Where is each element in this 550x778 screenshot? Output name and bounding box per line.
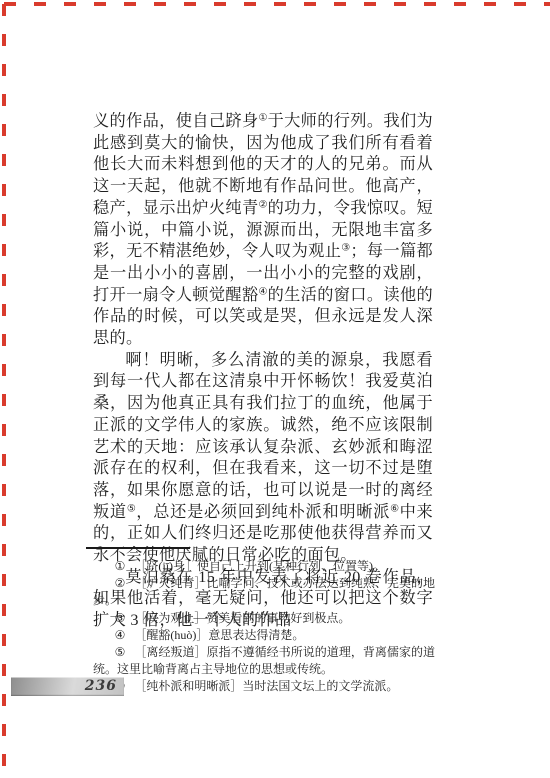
footnote-text: ［醒豁(huò)］意思表达得清楚。 — [134, 628, 304, 642]
footnote-item: ⑥［纯朴派和明晰派］当时法国文坛上的文学流派。 — [93, 678, 435, 695]
footnote-item: ③［叹为观止］赞美看到的事物好到极点。 — [93, 610, 435, 627]
footnote-text: ［跻(jī)身］使自己上升到(某种行列、位置等)。 — [134, 559, 385, 573]
paragraph: 义的作品，使自己跻身①于大师的行列。我们为此感到莫大的愉快，因为他成了我们所有看… — [93, 111, 433, 350]
body-text: 义的作品，使自己跻身①于大师的行列。我们为此感到莫大的愉快，因为他成了我们所有看… — [93, 111, 433, 632]
footnote-marker: ② — [115, 576, 126, 590]
red-dash-marks-left — [2, 4, 6, 778]
footnote-marker: ③ — [115, 611, 126, 625]
page-number-bar: 236 — [11, 677, 124, 696]
footnote-marker: ④ — [115, 628, 126, 642]
textbook-page: 义的作品，使自己跻身①于大师的行列。我们为此感到莫大的愉快，因为他成了我们所有看… — [0, 0, 550, 778]
footnote-ref: ⑤ — [127, 503, 136, 514]
footnote-ref: ③ — [341, 243, 350, 254]
footnote-item: ⑤［离经叛道］原指不遵循经书所说的道理，背离儒家的道统。这里比喻背离占主导地位的… — [93, 644, 435, 678]
footnote-ref: ⑥ — [390, 503, 399, 514]
footnotes: ①［跻(jī)身］使自己上升到(某种行列、位置等)。②［炉火纯青］比喻学问、技术… — [93, 558, 435, 696]
text-run: 啊！明晰，多么清澈的美的源泉，我愿看到每一代人都在这清泉中开怀畅饮！我爱莫泊桑，… — [93, 351, 433, 521]
footnote-item: ②［炉火纯青］比喻学问、技术或办法达到纯熟、完美的地步。 — [93, 575, 435, 609]
footnote-text: ［离经叛道］原指不遵循经书所说的道理，背离儒家的道统。这里比喻背离占主导地位的思… — [93, 645, 435, 676]
text-run: ，总还是必须回到纯朴派和明晰派 — [136, 503, 390, 521]
footnote-ref: ② — [259, 199, 268, 210]
footnote-item: ④［醒豁(huò)］意思表达得清楚。 — [93, 627, 435, 644]
footnote-marker: ⑤ — [115, 645, 126, 659]
text-run: 义的作品，使自己跻身 — [93, 112, 259, 130]
footnote-separator-rule — [86, 547, 190, 549]
footnote-marker: ① — [115, 559, 126, 573]
footnote-text: ［纯朴派和明晰派］当时法国文坛上的文学流派。 — [134, 679, 398, 693]
footnote-ref: ④ — [259, 286, 268, 297]
footnote-text: ［炉火纯青］比喻学问、技术或办法达到纯熟、完美的地步。 — [93, 576, 435, 607]
footnote-item: ①［跻(jī)身］使自己上升到(某种行列、位置等)。 — [93, 558, 435, 575]
page-number: 236 — [85, 677, 117, 696]
red-dash-marks-top — [4, 2, 550, 6]
footnote-text: ［叹为观止］赞美看到的事物好到极点。 — [134, 611, 350, 625]
paragraph: 啊！明晰，多么清澈的美的源泉，我愿看到每一代人都在这清泉中开怀畅饮！我爱莫泊桑，… — [93, 350, 433, 567]
footnote-ref: ① — [259, 112, 268, 123]
